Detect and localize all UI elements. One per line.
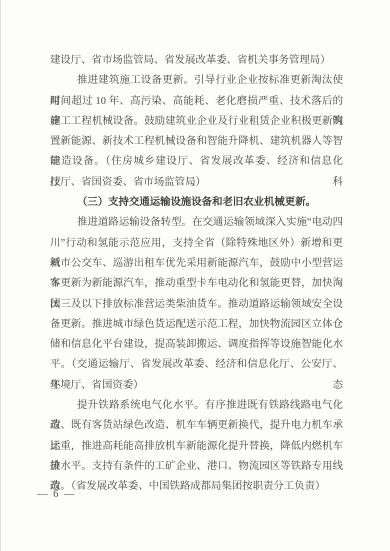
text-line: 施工工程机械设备。鼓励建筑业企业及行业租赁企业积极更新购 <box>50 112 343 132</box>
text-line: 城市公交车、巡游出租车优先采用新能源汽车，鼓励中小型营运客 <box>50 254 343 274</box>
text-line: 建造设备。（住房城乡建设厅、省发展改革委、经济和信息化厅、科 <box>50 152 343 172</box>
text-line: 推进建筑施工设备更新。引导行业企业按标准更新淘汰使用 <box>50 71 343 91</box>
text-line: 提升铁路系统电气化水平。有序推进既有铁路线路电气化改 <box>50 396 343 416</box>
text-line: 造。（省发展改革委、中国铁路成都局集团按职责分工负责） <box>50 477 343 497</box>
text-line: 储和信息化平台建设，提高装卸搬运、调度指挥等设施智能化水 <box>50 335 343 355</box>
text-line: 川”行动和氢能示范应用，支持全省（除特殊地区外）新增和更新 <box>50 234 343 254</box>
text-line: 造、既有客货站绿色改造、机车车辆更新换代，提升电力机车承运 <box>50 416 343 436</box>
text-line: 推进道路运输设备转型。在交通运输领域深入实施“电动四 <box>50 213 343 233</box>
scan-edge-artifact <box>0 0 1 551</box>
text-line: 国三及以下排放标准营运类柴油货车。推动道路运输领域安全设 <box>50 295 343 315</box>
text-line: 备更新。推进城市绿色货运配送示范工程，加快物流园区立体仓 <box>50 315 343 335</box>
text-line: 建设厅、省市场监管局、省发展改革委、省机关事务管理局） <box>50 51 343 71</box>
text-line: 车更新为新能源汽车，推动重型卡车电动化和氢能更替，加快淘汰 <box>50 274 343 294</box>
text-line: 平。（交通运输厅、省发展改革委、经济和信息化厅、公安厅、生态 <box>50 355 343 375</box>
page-number: — 6 — <box>37 489 76 500</box>
document-page: 建设厅、省市场监管局、省发展改革委、省机关事务管理局） 推进建筑施工设备更新。引… <box>0 0 390 551</box>
text-line: 放水平。支持有条件的工矿企业、港口、物流园区等铁路专用线改 <box>50 457 343 477</box>
text-line: 时间超过 10 年、高污染、高能耗、老化磨损严重、技术落后的建筑 <box>50 92 343 112</box>
document-body: 建设厅、省市场监管局、省发展改革委、省机关事务管理局） 推进建筑施工设备更新。引… <box>50 51 343 498</box>
text-line: 比重，推进高耗能高排放机车新能源化提升替换，降低内燃机车排 <box>50 437 343 457</box>
section-heading: （三）支持交通运输设施设备和老旧农业机械更新。 <box>50 193 343 213</box>
text-line: 置新能源、新技术工程机械设备和智能升降机、建筑机器人等智能 <box>50 132 343 152</box>
